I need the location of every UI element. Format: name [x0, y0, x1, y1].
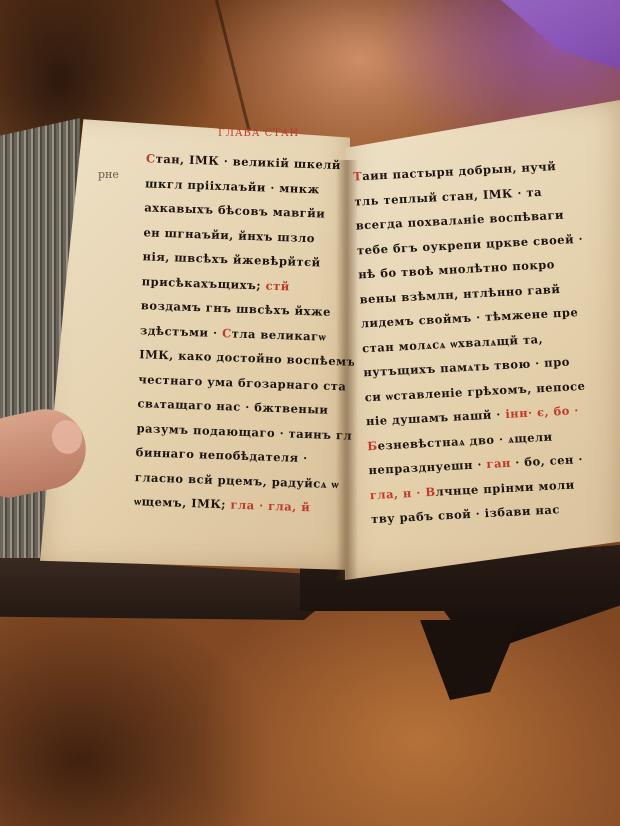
left-page-heading: ГЛАВА СТАН: [218, 128, 299, 139]
left-page-text: Стан, ІМК · великій шкелй шкгл прііхлаъй…: [134, 146, 362, 521]
folio-number: рне: [98, 168, 119, 181]
right-page-text: Таин пастырн добрын, нучй тль теплый ста…: [353, 152, 617, 532]
